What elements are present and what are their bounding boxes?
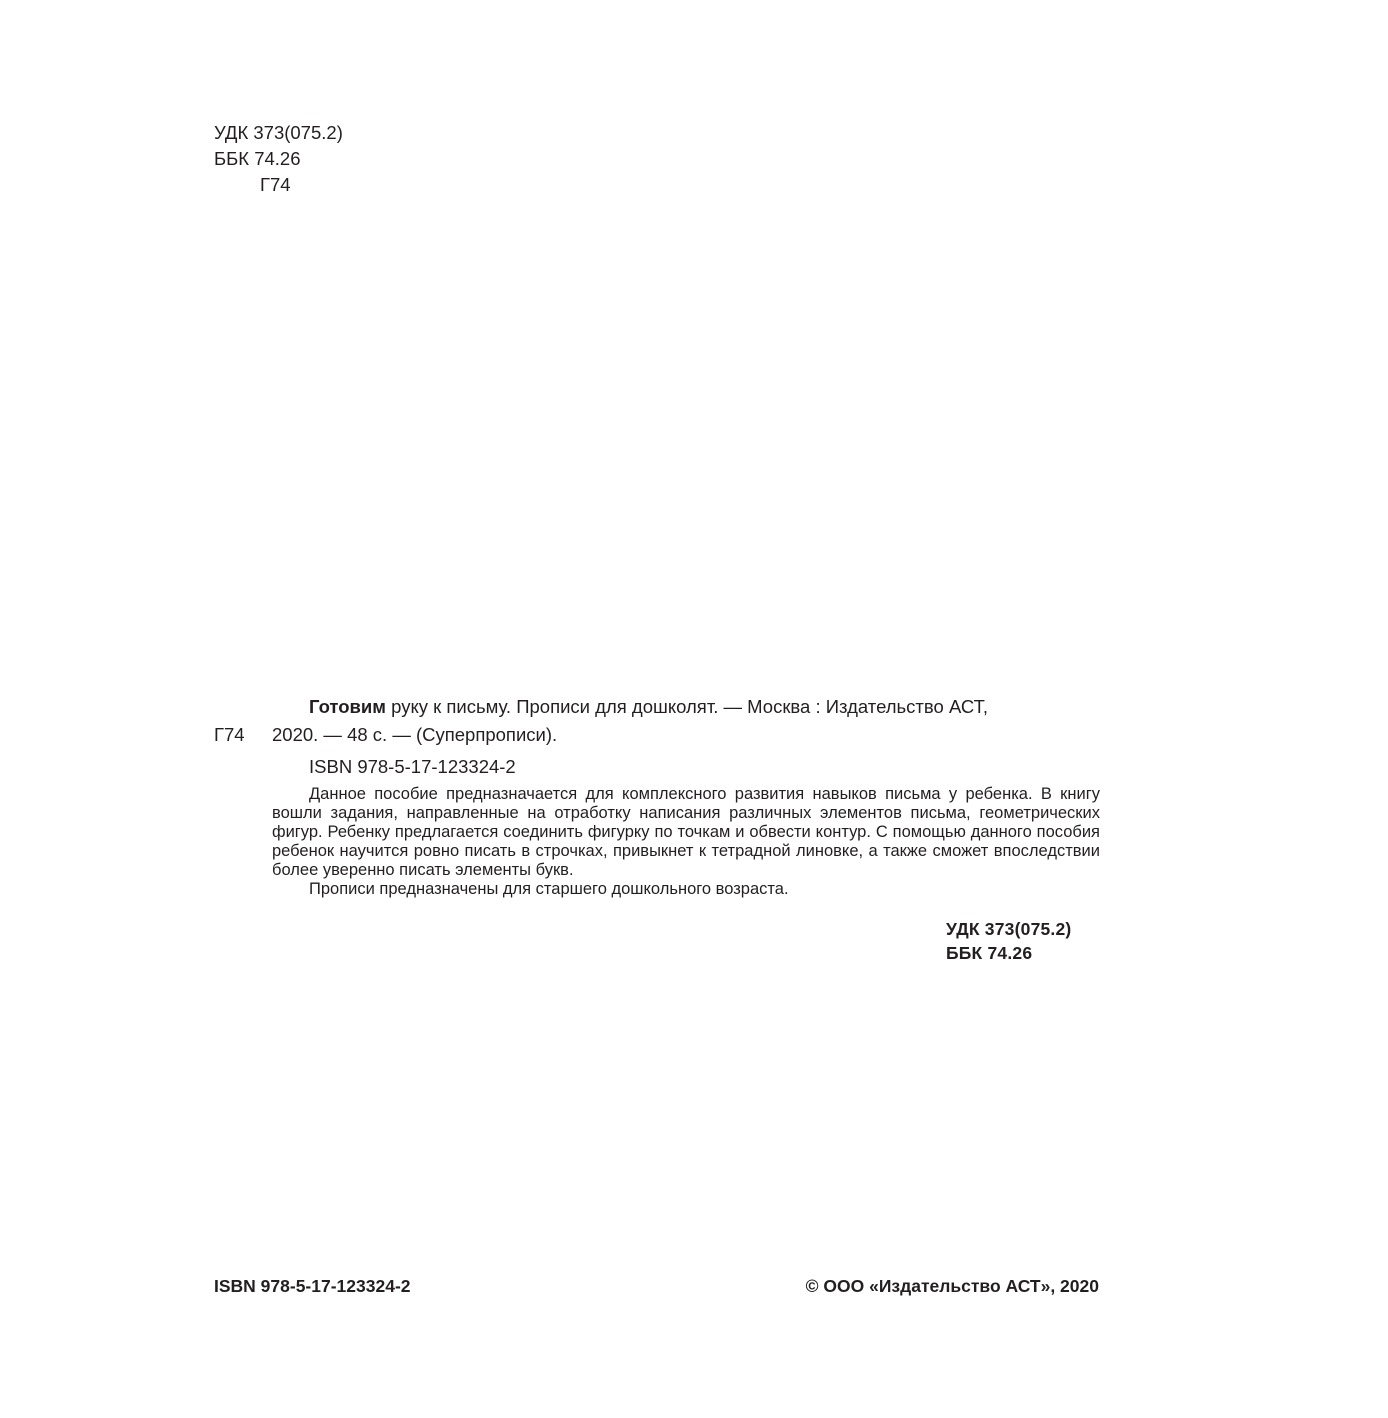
book-title-bold: Готовим [309, 696, 386, 717]
record-isbn: ISBN 978-5-17-123324-2 [214, 753, 1100, 781]
annotation: Данное пособие предназначается для компл… [272, 785, 1100, 899]
book-title-rest: руку к письму. Прописи для дошколят. — М… [386, 696, 988, 717]
record-udk-code: УДК 373(075.2) [946, 917, 1071, 941]
classification-codes-bottom: УДК 373(075.2) ББК 74.26 [946, 917, 1071, 965]
author-mark: Г74 [214, 172, 343, 198]
footer-copyright: © ООО «Издательство АСТ», 2020 [806, 1276, 1099, 1297]
annotation-paragraph: Прописи предназначены для старшего дошко… [272, 880, 1100, 899]
imprint-line: Г74 2020. — 48 с. — (Суперпрописи). [214, 721, 1100, 749]
udk-code: УДК 373(075.2) [214, 120, 343, 146]
imprint-text: 2020. — 48 с. — (Суперпрописи). [272, 721, 557, 749]
imprint-page: УДК 373(075.2) ББК 74.26 Г74 Готовим рук… [0, 0, 1388, 1418]
record-author-mark: Г74 [214, 721, 272, 749]
annotation-paragraph: Данное пособие предназначается для компл… [272, 785, 1100, 880]
title-line: Готовим руку к письму. Прописи для дошко… [214, 693, 1100, 721]
classification-codes-top: УДК 373(075.2) ББК 74.26 Г74 [214, 120, 343, 198]
bbk-code: ББК 74.26 [214, 146, 343, 172]
bibliographic-record: Готовим руку к письму. Прописи для дошко… [214, 693, 1100, 899]
record-bbk-code: ББК 74.26 [946, 941, 1071, 965]
footer-isbn: ISBN 978-5-17-123324-2 [214, 1276, 411, 1297]
